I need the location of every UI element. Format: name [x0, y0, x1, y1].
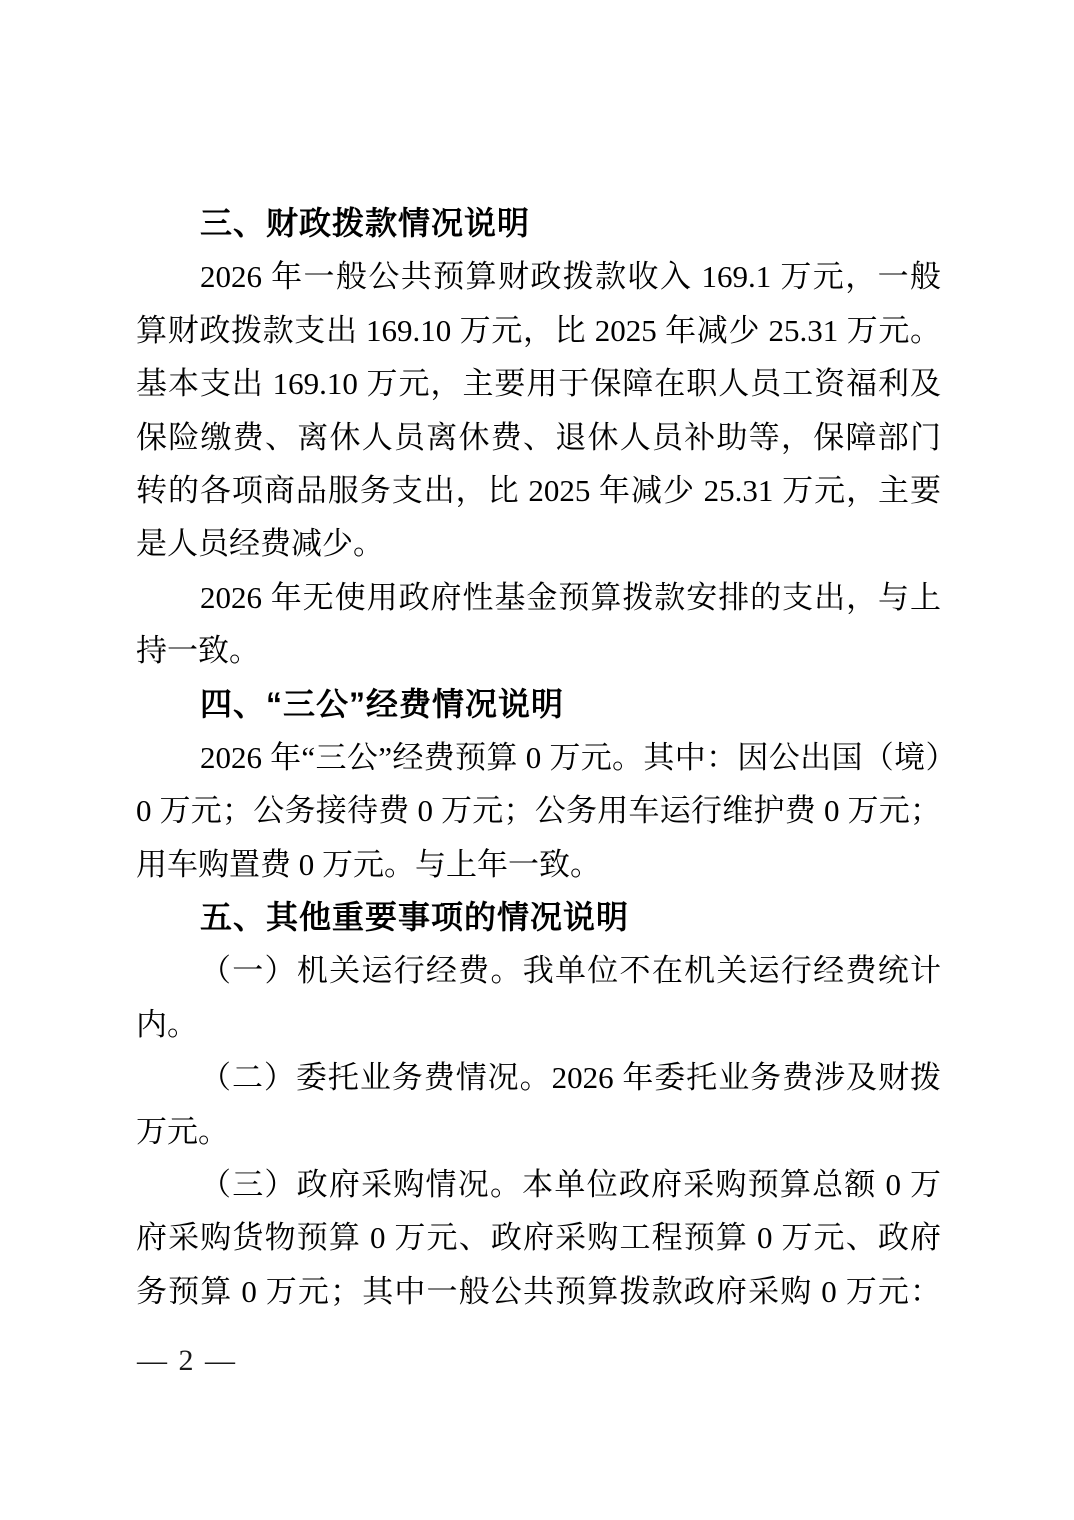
paragraph: （三）政府采购情况。本单位政府采购预算总额 0 万元：政府采购货物预算 0 万元… — [136, 1158, 941, 1318]
document-page: 三、财政拨款情况说明2026 年一般公共预算财政拨款收入 169.1 万元，一般… — [0, 0, 1074, 1520]
text-line: （三）政府采购情况。本单位政府采购预算总额 0 万元：政 — [136, 1158, 941, 1211]
text-line: （一）机关运行经费。我单位不在机关运行经费统计范围之 — [136, 944, 941, 997]
section-heading: 三、财政拨款情况说明 — [136, 197, 941, 250]
text-line: 算财政拨款支出 169.10 万元，比 2025 年减少 25.31 万元。其中… — [136, 304, 941, 357]
text-line: 内。 — [136, 998, 941, 1051]
text-line: 府采购货物预算 0 万元、政府采购工程预算 0 万元、政府采购服 — [136, 1211, 941, 1264]
text-line: 持一致。 — [136, 624, 941, 677]
text-line: 2026 年“三公”经费预算 0 万元。其中：因公出国（境）费用 — [136, 731, 941, 784]
paragraph: 2026 年一般公共预算财政拨款收入 169.1 万元，一般公共预算财政拨款支出… — [136, 250, 941, 570]
text-line: 用车购置费 0 万元。与上年一致。 — [136, 838, 941, 891]
paragraph: （一）机关运行经费。我单位不在机关运行经费统计范围之内。 — [136, 944, 941, 1051]
text-line: 0 万元；公务接待费 0 万元；公务用车运行维护费 0 万元；公务 — [136, 784, 941, 837]
text-line: 是人员经费减少。 — [136, 517, 941, 570]
text-line: 2026 年无使用政府性基金预算拨款安排的支出，与上年保 — [136, 571, 941, 624]
paragraph: 2026 年无使用政府性基金预算拨款安排的支出，与上年保持一致。 — [136, 571, 941, 678]
paragraph: 2026 年“三公”经费预算 0 万元。其中：因公出国（境）费用0 万元；公务接… — [136, 731, 941, 891]
text-line: 保险缴费、离休人员离休费、退休人员补助等，保障部门正常运 — [136, 411, 941, 464]
text-line: 转的各项商品服务支出，比 2025 年减少 25.31 万元，主要原因 — [136, 464, 941, 517]
text-line: 2026 年一般公共预算财政拨款收入 169.1 万元，一般公共预 — [136, 250, 941, 303]
section-heading: 四、“三公”经费情况说明 — [136, 678, 941, 731]
text-line: 万元。 — [136, 1105, 941, 1158]
document-body: 三、财政拨款情况说明2026 年一般公共预算财政拨款收入 169.1 万元，一般… — [136, 197, 941, 1318]
text-line: 务预算 0 万元；其中一般公共预算拨款政府采购 0 万元：政府采 — [136, 1265, 941, 1318]
section-heading: 五、其他重要事项的情况说明 — [136, 891, 941, 944]
page-number: — 2 — — [137, 1341, 237, 1381]
text-line: 基本支出 169.10 万元，主要用于保障在职人员工资福利及社会 — [136, 357, 941, 410]
text-line: （二）委托业务费情况。2026 年委托业务费涉及财拨资金 0 — [136, 1051, 941, 1104]
paragraph: （二）委托业务费情况。2026 年委托业务费涉及财拨资金 0万元。 — [136, 1051, 941, 1158]
